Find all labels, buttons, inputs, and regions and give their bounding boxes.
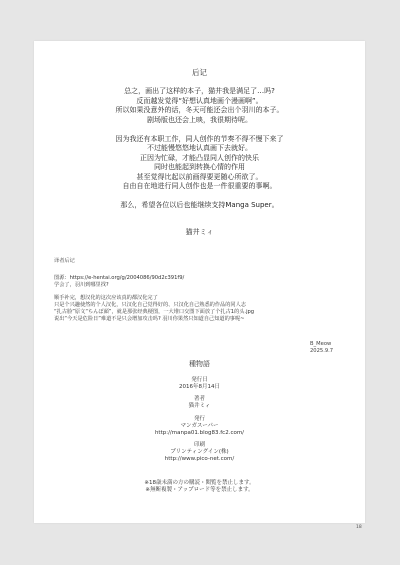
translator-date: 2025.9.7 [310,348,333,355]
page-number: 18 [356,525,362,530]
issue-date: 2016年8月14日 [34,384,365,391]
text-line: 剧场版也还会上映，我很期待呢。 [34,116,365,126]
author-name: 猫井ミィ [34,403,365,410]
issue-info: 発行日 2016年8月14日 [34,377,365,391]
translator-name: B_Meow [310,341,333,348]
text-line: 那么，希望各位以后也能继续支持Manga Super。 [34,201,365,211]
translator-note-heading: 译者后记 [54,258,354,265]
text-line: 同时也能起到转换心情的作用 [34,163,365,173]
afterword-paragraph-1: 总之，画出了这样的本子，猫井我是满足了…吗? 反而越发觉得“好想认真地画个漫画啊… [34,87,365,125]
text-line: 自由自在地进行同人创作也是一件很重要的事啊。 [34,182,365,192]
afterword-body: 总之，画出了这样的本子，猫井我是满足了…吗? 反而越发觉得“好想认真地画个漫画啊… [34,87,365,220]
printer-url: http://www.pico-net.com/ [34,456,365,463]
copy-notice: ※無断複製・アップロード等を禁止します。 [34,487,365,494]
afterword-title: 后记 [34,67,365,78]
text-line: 说出“今天是危险日”难道不是只会增加攻击吗? 羽川你果然只知道自己知道的事呢~ [54,316,354,323]
text-line: “扎古脸”原文“ちんぽ顔”，就是那张经典梗图，一大堆口交图下面放了个扎古1的头.… [54,309,354,316]
afterword-author: 猫井ミィ [34,227,365,237]
translator-note-source: 图源：https://e-hentai.org/g/2004086/90d2c3… [54,275,354,289]
translator-signature: B_Meow 2025.9.7 [310,341,333,355]
publisher-info: 発行 マンガスーパー http://manpa01.blog83.fc2.com… [34,416,365,436]
printer-name: プリンティングイン(株) [34,449,365,456]
text-line: 正因为忙碌，才能凸显同人创作的快乐 [34,154,365,164]
issue-label: 発行日 [34,377,365,384]
book-title: 種物語 [34,361,365,368]
age-notice: ※18歳未満の方の購読・閲覧を禁止します。 [34,480,365,487]
afterword-paragraph-3: 那么，希望各位以后也能继续支持Manga Super。 [34,201,365,211]
author-info: 著者 猫井ミィ [34,396,365,410]
publisher-name: マンガスーパー [34,423,365,430]
text-line: 因为我还有本职工作，同人创作的节奏不得不慢下来了 [34,135,365,145]
document-page: 后记 总之，画出了这样的本子，猫井我是满足了…吗? 反而越发觉得“好想认真地画个… [34,41,365,523]
colophon: 種物語 発行日 2016年8月14日 著者 猫井ミィ 発行 マンガスーパー ht… [34,361,365,469]
source-link: 图源：https://e-hentai.org/g/2004086/90d2c3… [54,275,354,282]
text-line: 学会了，羽川到哪里找? [54,282,354,289]
translator-note: 译者后记 图源：https://e-hentai.org/g/2004086/9… [54,258,354,329]
text-line: 甚至觉得比起以前画得要更随心所欲了。 [34,173,365,183]
publisher-label: 発行 [34,416,365,423]
text-line: 不过能慢悠悠地认真画下去就好。 [34,144,365,154]
publisher-url: http://manpa01.blog83.fc2.com/ [34,430,365,437]
text-line: 反而越发觉得“好想认真地画个漫画啊”。 [34,97,365,107]
text-line: 所以如果没意外的话，冬天可能还会出个羽川的本子。 [34,106,365,116]
text-line: 总之，画出了这样的本子，猫井我是满足了…吗? [34,87,365,97]
text-line: 顺手补完，想汉化的这次应该真的都汉化完了 [54,295,354,302]
legal-notices: ※18歳未満の方の購読・閲覧を禁止します。 ※無断複製・アップロード等を禁止しま… [34,480,365,494]
text-line: 只是个兴趣使然的个人汉化，只汉化自己觉得好的、只汉化自己熟悉的作品的同人志 [54,302,354,309]
translator-note-body: 顺手补完，想汉化的这次应该真的都汉化完了 只是个兴趣使然的个人汉化，只汉化自己觉… [54,295,354,323]
printer-info: 印刷 プリンティングイン(株) http://www.pico-net.com/ [34,442,365,462]
afterword-paragraph-2: 因为我还有本职工作，同人创作的节奏不得不慢下来了 不过能慢悠悠地认真画下去就好。… [34,135,365,192]
